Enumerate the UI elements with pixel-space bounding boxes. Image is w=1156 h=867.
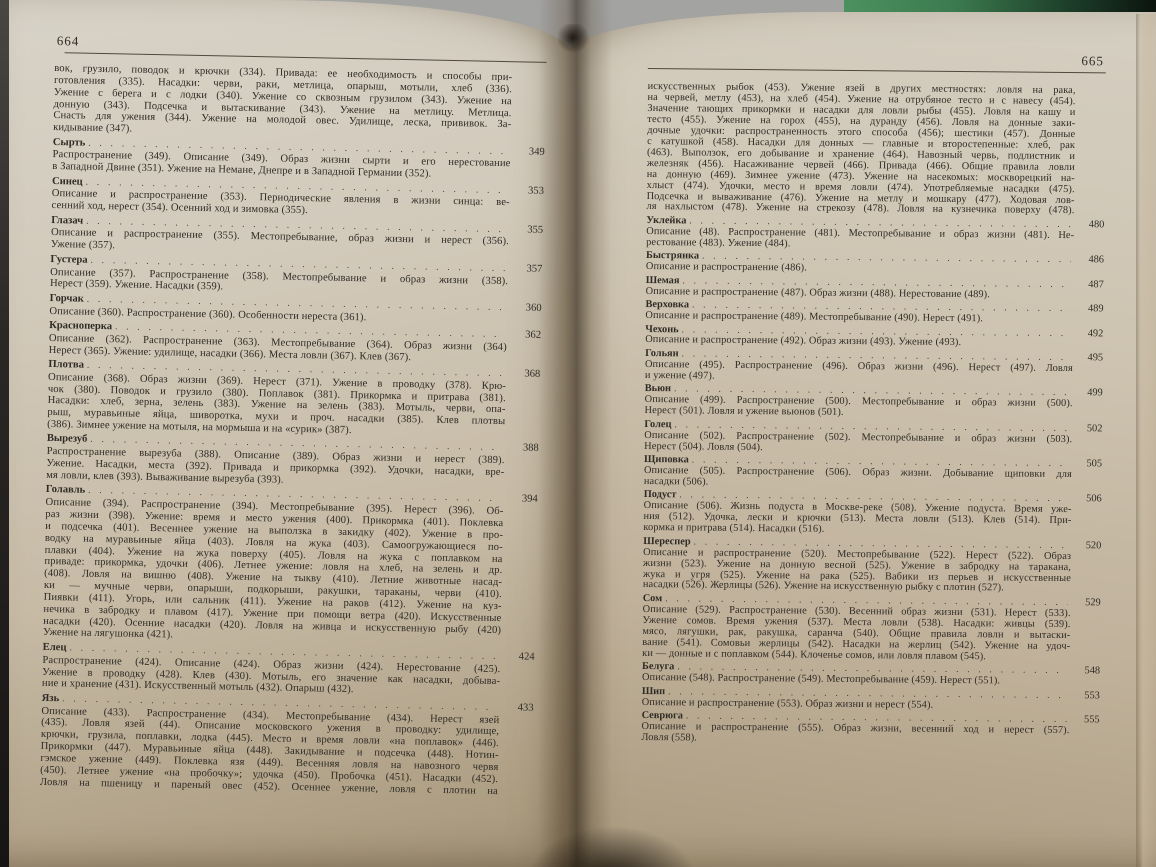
toc-heading-label: Сырть — [53, 137, 86, 149]
toc-page-ref: 489 — [1073, 304, 1103, 315]
toc-page-ref: 424 — [500, 651, 534, 664]
toc-page-ref: 548 — [1070, 666, 1100, 677]
toc-page-ref: 357 — [508, 263, 542, 276]
toc-page-ref: 360 — [507, 302, 541, 315]
toc-page-ref: 388 — [505, 443, 539, 456]
toc-page-ref: 362 — [507, 329, 541, 342]
book-spread-photo: 664 вок, грузило, поводок и крючки (334)… — [0, 0, 1156, 867]
photo-left-edge — [0, 0, 9, 867]
toc-heading-label: Елец — [43, 642, 67, 654]
left-page-text-block: 664 вок, грузило, поводок и крючки (334)… — [40, 34, 547, 798]
toc-heading-label: Красноперка — [49, 320, 112, 333]
toc-heading-label: Голавль — [46, 484, 86, 497]
toc-page-ref: 529 — [1071, 598, 1101, 609]
right-page-text-block: 665 искусственных рыбок (453). Ужение яз… — [641, 50, 1106, 748]
toc-page-ref: 520 — [1071, 541, 1101, 552]
toc-page-ref: 353 — [510, 185, 544, 198]
toc-heading-label: Густера — [50, 254, 87, 267]
toc-heading-label: Горчак — [50, 293, 84, 306]
toc-page-ref: 505 — [1072, 459, 1102, 470]
toc-page-ref: 555 — [1070, 715, 1100, 726]
toc-page-ref: 502 — [1072, 424, 1102, 435]
toc-page-ref: 433 — [499, 702, 533, 715]
toc-content-right: искусственных рыбок (453). Ужение язей в… — [641, 82, 1105, 748]
toc-page-ref: 487 — [1074, 280, 1104, 291]
toc-page-ref: 495 — [1073, 353, 1103, 364]
toc-page-ref: 499 — [1073, 388, 1103, 399]
toc-heading-label: Глазач — [51, 215, 83, 227]
toc-content-left: вок, грузило, поводок и крючки (334). Пр… — [40, 63, 546, 798]
toc-page-ref: 394 — [504, 493, 538, 506]
header-rule-right — [648, 68, 1106, 73]
page-stack-edge — [1136, 14, 1156, 867]
toc-heading-label: Язь — [42, 693, 60, 705]
toc-page-ref: 349 — [511, 146, 545, 159]
toc-page-ref: 480 — [1074, 220, 1104, 231]
toc-page-ref: 553 — [1070, 691, 1100, 702]
toc-page-ref: 506 — [1072, 494, 1102, 505]
gutter-top-shadow — [556, 24, 590, 54]
toc-heading-label: Плотва — [48, 359, 84, 372]
gutter-shadow — [538, 0, 612, 867]
toc-line: ля нахлыстом (478). Ужение на стрекозу (… — [646, 202, 1104, 217]
toc-page-ref: 368 — [506, 368, 540, 381]
toc-heading-label: Синец — [52, 176, 83, 188]
toc-page-ref: 492 — [1073, 329, 1103, 340]
toc-heading-label: Вырезуб — [47, 433, 88, 446]
page-number-right: 665 — [648, 50, 1106, 68]
toc-page-ref: 355 — [509, 224, 543, 237]
toc-page-ref: 486 — [1074, 255, 1104, 266]
